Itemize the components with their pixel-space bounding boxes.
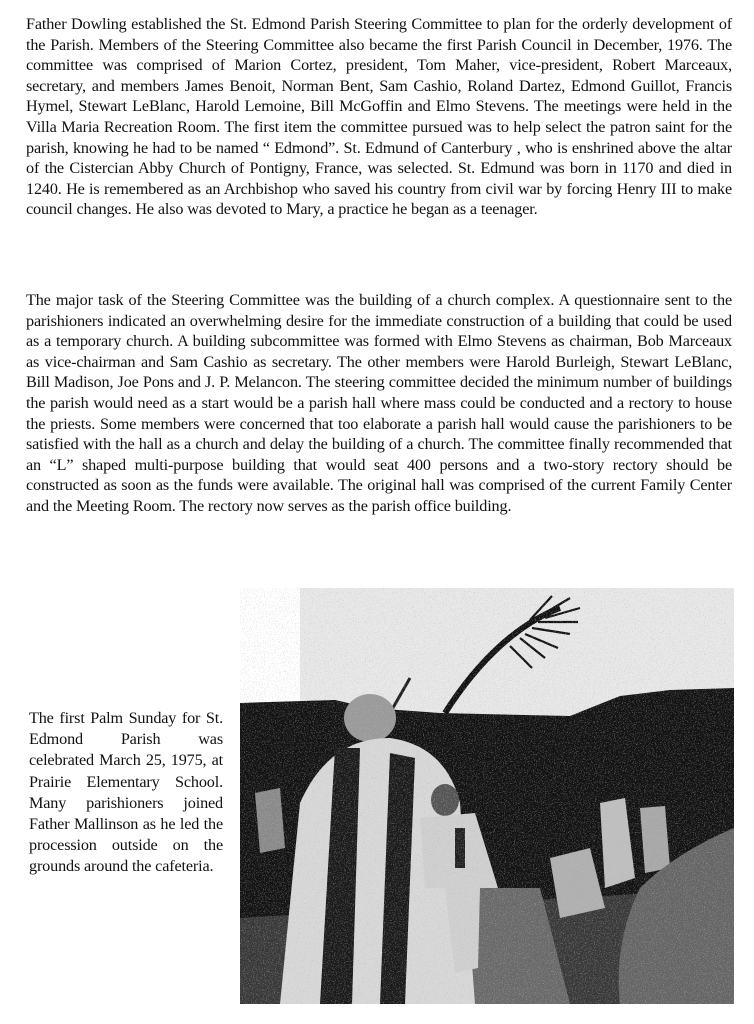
paragraph-steering-committee: Father Dowling established the St. Edmon… [26, 14, 732, 220]
photo-caption: The first Palm Sunday for St. Edmond Par… [29, 708, 223, 878]
paragraph-church-complex: The major task of the Steering Committee… [26, 290, 732, 517]
palm-sunday-photo [240, 588, 734, 1004]
